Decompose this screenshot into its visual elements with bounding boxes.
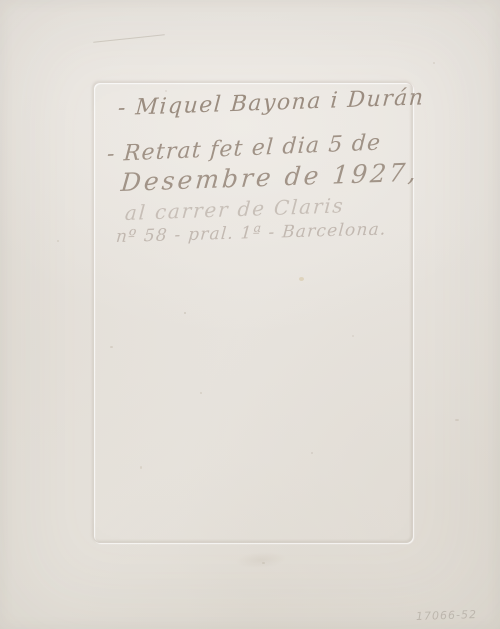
photo-verso-paper: - Miquel Bayona i Durán - Retrat fet el … (0, 0, 500, 629)
embossed-plate-mark (93, 82, 413, 543)
paper-speck (262, 562, 265, 564)
catalog-number-inscription: 17066-52 (416, 608, 477, 623)
paper-speck (311, 452, 313, 454)
paper-speck (455, 419, 459, 421)
paper-speck (184, 312, 186, 314)
scratch-mark (93, 34, 165, 43)
paper-speck (110, 346, 113, 348)
paper-speck (200, 392, 202, 394)
paper-speck (433, 62, 435, 64)
paper-speck (299, 277, 304, 281)
paper-speck (57, 240, 59, 242)
paper-speck (140, 466, 142, 469)
paper-speck (165, 90, 167, 92)
paper-speck (352, 335, 354, 337)
paper-smudge (235, 550, 288, 570)
